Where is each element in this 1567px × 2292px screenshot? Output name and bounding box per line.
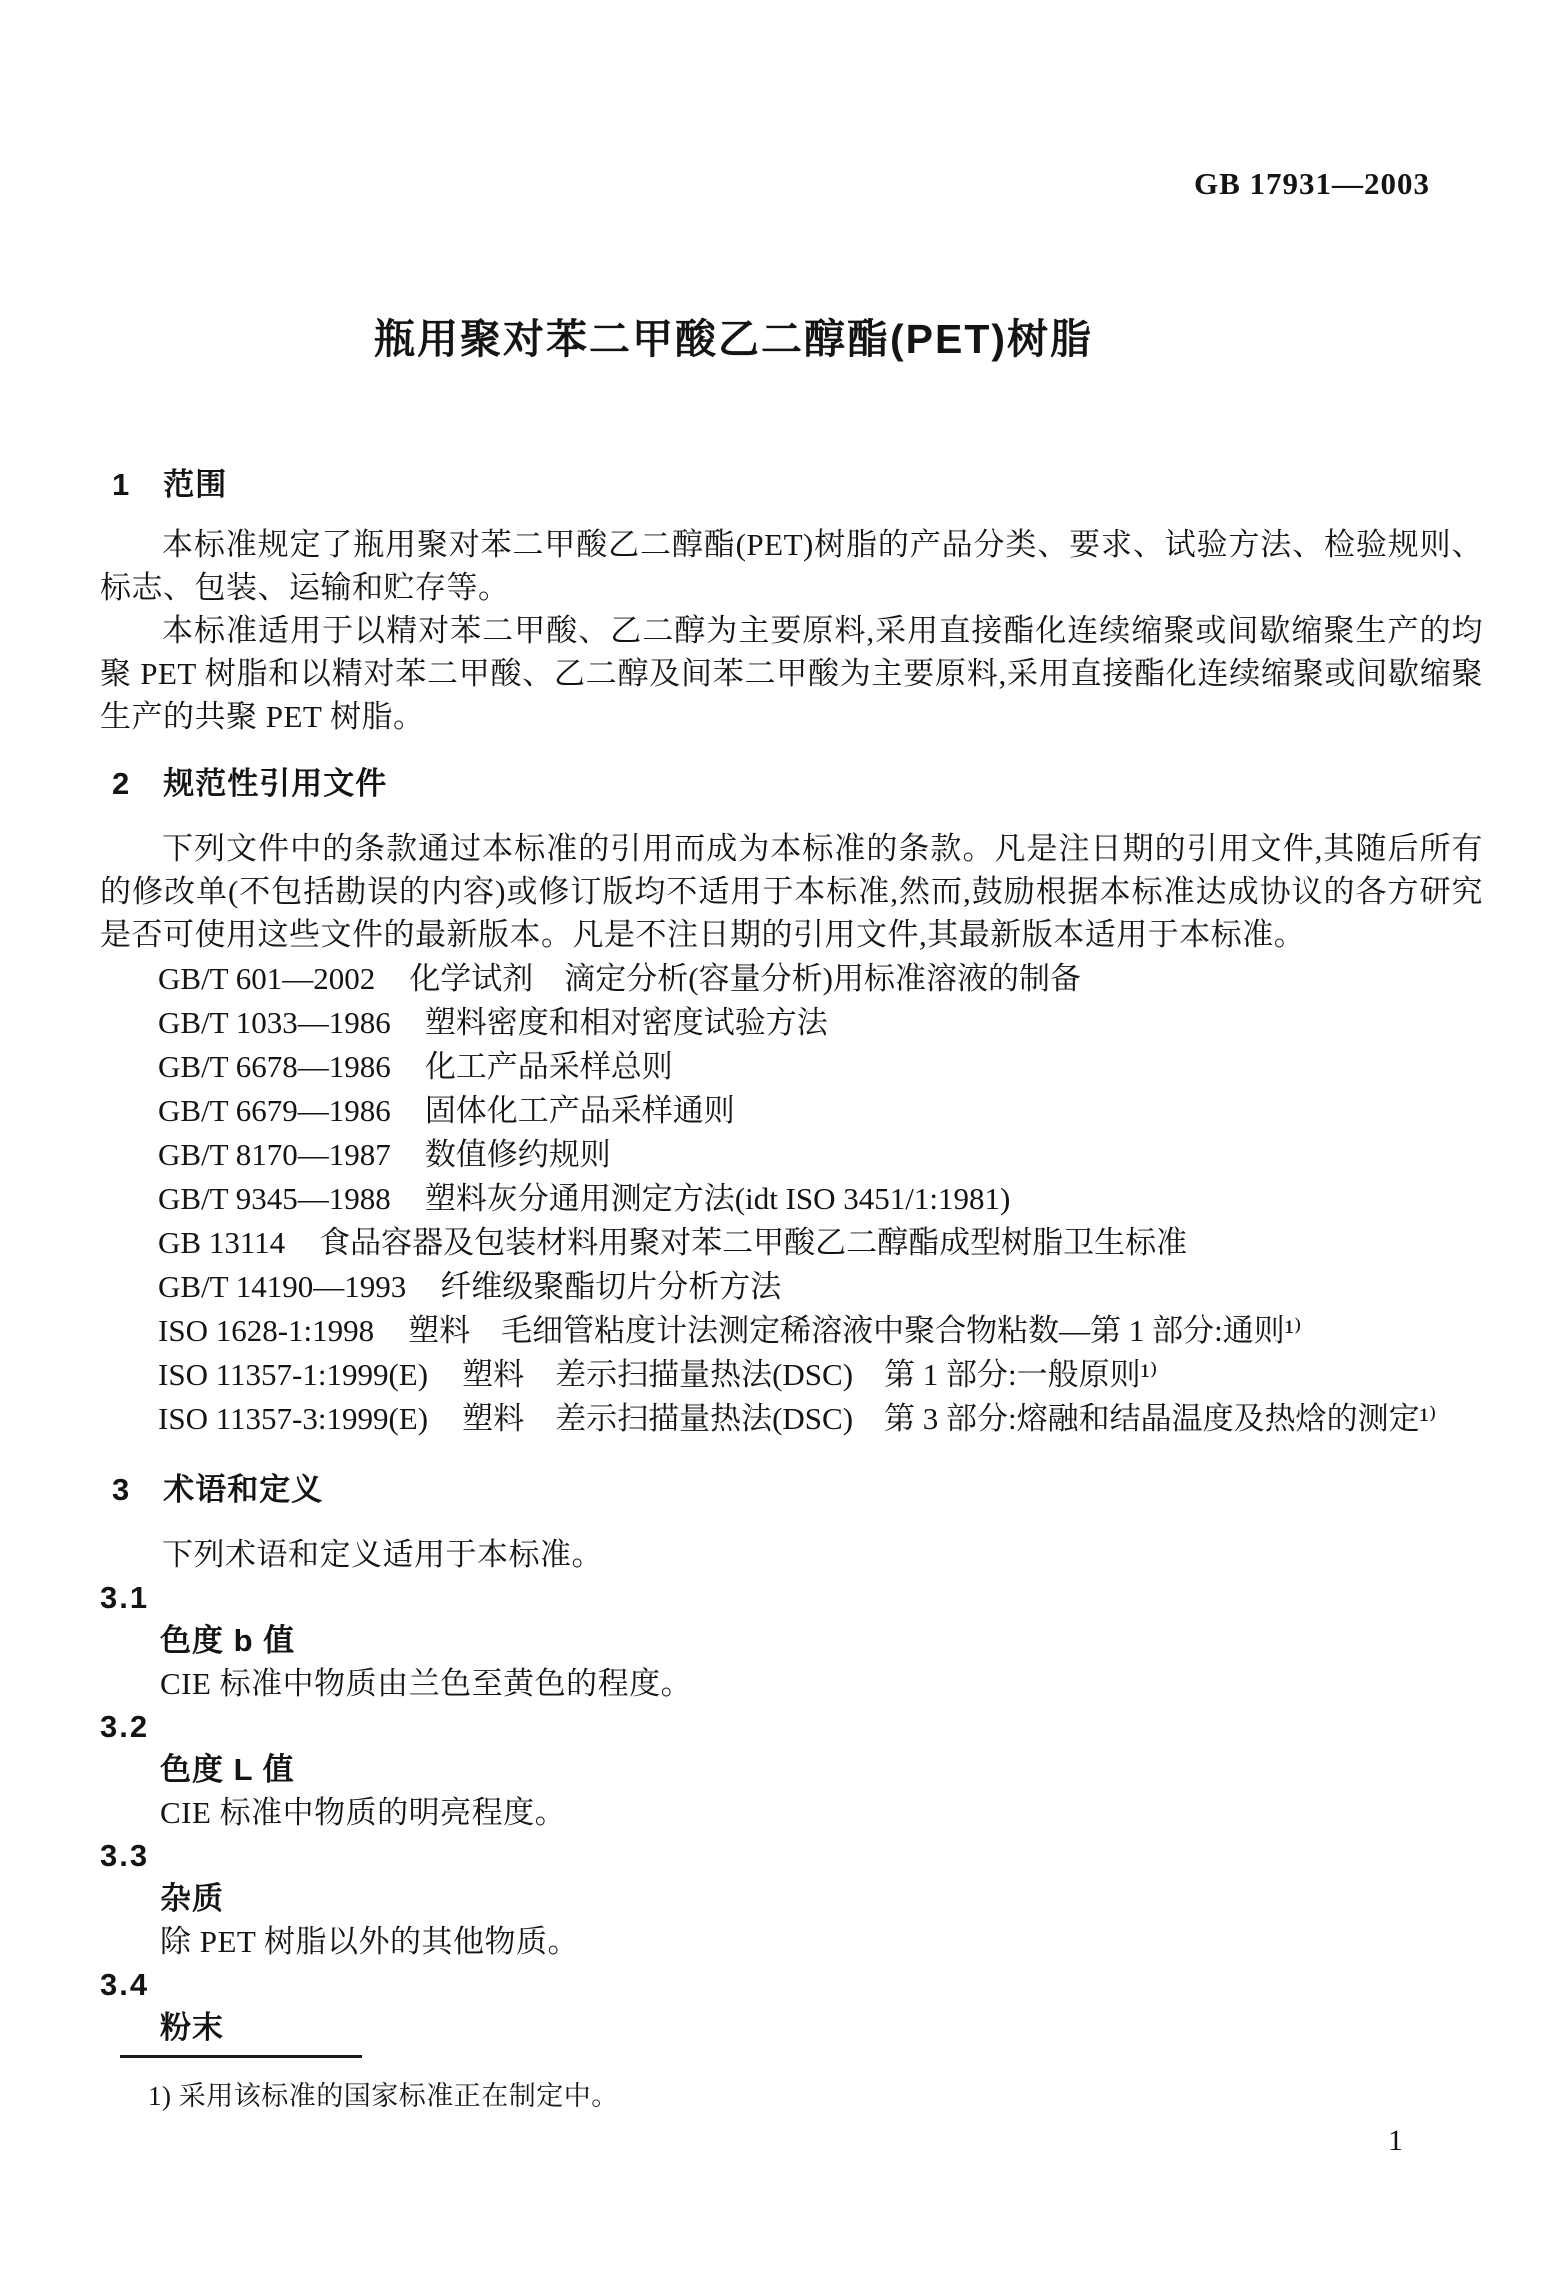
section-2-number: 2 (112, 762, 129, 805)
reference-title: 塑料 差示扫描量热法(DSC) 第 3 部分:熔融和结晶温度及热焓的测定¹⁾ (462, 1401, 1436, 1436)
term-entry: 3.1 色度 b 值 CIE 标准中物质由兰色至黄色的程度。 (100, 1576, 1483, 1705)
reference-list: GB/T 601—2002化学试剂 滴定分析(容量分析)用标准溶液的制备 GB/… (100, 957, 1483, 1441)
reference-code: ISO 11357-1:1999(E) (158, 1357, 428, 1392)
document-title: 瓶用聚对苯二甲酸乙二醇酯(PET)树脂 (42, 315, 1425, 363)
page-content: GB 17931—2003 瓶用聚对苯二甲酸乙二醇酯(PET)树脂 1 范围 本… (100, 0, 1483, 2114)
reference-item: GB 13114食品容器及包装材料用聚对苯二甲酸乙二醇酯成型树脂卫生标准 (158, 1221, 1483, 1265)
reference-code: GB/T 14190—1993 (158, 1269, 406, 1304)
reference-title: 塑料密度和相对密度试验方法 (425, 1005, 828, 1040)
reference-item: GB/T 6679—1986固体化工产品采样通则 (158, 1089, 1483, 1133)
reference-code: GB/T 8170—1987 (158, 1137, 391, 1172)
term-entry: 3.3 杂质 除 PET 树脂以外的其他物质。 (100, 1834, 1483, 1963)
reference-code: GB/T 9345—1988 (158, 1181, 391, 1216)
reference-item: GB/T 1033—1986塑料密度和相对密度试验方法 (158, 1001, 1483, 1045)
reference-title: 数值修约规则 (425, 1137, 611, 1172)
reference-title: 塑料 毛细管粘度计法测定稀溶液中聚合物粘数—第 1 部分:通则¹⁾ (408, 1313, 1302, 1348)
term-number: 3.4 (100, 1963, 1483, 2006)
term-entry: 3.2 色度 L 值 CIE 标准中物质的明亮程度。 (100, 1705, 1483, 1834)
section-3-heading: 3 术语和定义 (100, 1468, 1483, 1511)
term-number: 3.3 (100, 1834, 1483, 1877)
reference-code: ISO 11357-3:1999(E) (158, 1401, 428, 1436)
reference-title: 化学试剂 滴定分析(容量分析)用标准溶液的制备 (409, 961, 1081, 996)
reference-title: 固体化工产品采样通则 (425, 1093, 735, 1128)
reference-title: 塑料灰分通用测定方法(idt ISO 3451/1:1981) (425, 1181, 1011, 1216)
terms-intro: 下列术语和定义适用于本标准。 (100, 1533, 1483, 1576)
scope-paragraph-2: 本标准适用于以精对苯二甲酸、乙二醇为主要原料,采用直接酯化连续缩聚或间歇缩聚生产… (100, 609, 1483, 738)
term-definition: CIE 标准中物质的明亮程度。 (100, 1791, 1483, 1834)
reference-code: GB/T 6679—1986 (158, 1093, 391, 1128)
references-intro: 下列文件中的条款通过本标准的引用而成为本标准的条款。凡是注日期的引用文件,其随后… (100, 827, 1483, 956)
scope-paragraph-1: 本标准规定了瓶用聚对苯二甲酸乙二醇酯(PET)树脂的产品分类、要求、试验方法、检… (100, 523, 1483, 609)
term-entry: 3.4 粉末 (100, 1963, 1483, 2049)
reference-item: GB/T 8170—1987数值修约规则 (158, 1133, 1483, 1177)
reference-item: ISO 11357-1:1999(E)塑料 差示扫描量热法(DSC) 第 1 部… (158, 1353, 1483, 1397)
section-3-title: 术语和定义 (163, 1468, 323, 1511)
term-definition: 除 PET 树脂以外的其他物质。 (100, 1920, 1483, 1963)
section-1-heading: 1 范围 (100, 463, 1483, 506)
reference-code: GB 13114 (158, 1225, 285, 1260)
section-3-number: 3 (112, 1468, 129, 1511)
term-number: 3.1 (100, 1576, 1483, 1619)
standard-code: GB 17931—2003 (100, 0, 1430, 203)
reference-item: ISO 1628-1:1998塑料 毛细管粘度计法测定稀溶液中聚合物粘数—第 1… (158, 1309, 1483, 1353)
reference-title: 化工产品采样总则 (425, 1049, 673, 1084)
reference-item: GB/T 6678—1986化工产品采样总则 (158, 1045, 1483, 1089)
term-name: 色度 L 值 (100, 1748, 1483, 1791)
page-number: 1 (1388, 2124, 1403, 2158)
reference-item: GB/T 601—2002化学试剂 滴定分析(容量分析)用标准溶液的制备 (158, 957, 1483, 1001)
term-name: 色度 b 值 (100, 1619, 1483, 1662)
document-page: GB 17931—2003 瓶用聚对苯二甲酸乙二醇酯(PET)树脂 1 范围 本… (0, 0, 1567, 2292)
footnote-divider (120, 2055, 362, 2058)
reference-item: GB/T 9345—1988塑料灰分通用测定方法(idt ISO 3451/1:… (158, 1177, 1483, 1221)
term-name: 粉末 (100, 2006, 1483, 2049)
reference-item: GB/T 14190—1993纤维级聚酯切片分析方法 (158, 1265, 1483, 1309)
section-2-title: 规范性引用文件 (163, 762, 387, 805)
reference-title: 食品容器及包装材料用聚对苯二甲酸乙二醇酯成型树脂卫生标准 (319, 1225, 1187, 1260)
section-1-number: 1 (112, 463, 129, 506)
terms-block: 下列术语和定义适用于本标准。 3.1 色度 b 值 CIE 标准中物质由兰色至黄… (100, 1533, 1483, 2049)
term-name: 杂质 (100, 1877, 1483, 1920)
reference-code: GB/T 1033—1986 (158, 1005, 391, 1040)
reference-code: GB/T 601—2002 (158, 961, 375, 996)
reference-code: GB/T 6678—1986 (158, 1049, 391, 1084)
section-2-heading: 2 规范性引用文件 (100, 762, 1483, 805)
reference-code: ISO 1628-1:1998 (158, 1313, 374, 1348)
term-number: 3.2 (100, 1705, 1483, 1748)
reference-title: 塑料 差示扫描量热法(DSC) 第 1 部分:一般原则¹⁾ (462, 1357, 1157, 1392)
reference-item: ISO 11357-3:1999(E)塑料 差示扫描量热法(DSC) 第 3 部… (158, 1397, 1483, 1441)
term-definition: CIE 标准中物质由兰色至黄色的程度。 (100, 1662, 1483, 1705)
reference-title: 纤维级聚酯切片分析方法 (440, 1269, 781, 1304)
footnote-text: 1) 采用该标准的国家标准正在制定中。 (148, 2078, 1483, 2114)
section-1-title: 范围 (163, 463, 227, 506)
